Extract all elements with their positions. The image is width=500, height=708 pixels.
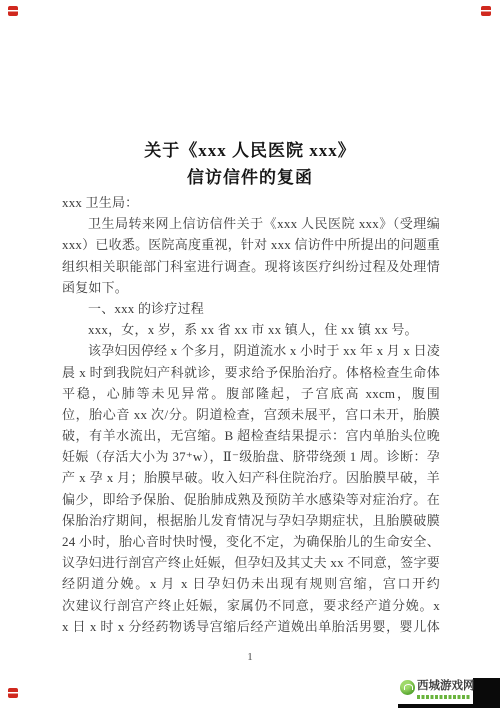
text-line: 24 小时，胎心音时快时慢，变化不定，为确保胎儿的生命安全、建 bbox=[62, 531, 440, 552]
site-watermark-card: 西城游戏网 bbox=[398, 678, 473, 704]
text-line: 次建议行剖宫产终止妊娠，家属仍不同意，要求经产道分娩。x 月 bbox=[62, 595, 440, 616]
site-watermark-badge: 西城游戏网 bbox=[398, 678, 500, 708]
text-line: 组织相关职能部门科室进行调查。现将该医疗纠纷过程及处理情况 bbox=[62, 256, 440, 277]
text-line: 议孕妇进行剖宫产终止妊娠，但孕妇及其丈夫 xx 不同意，签字要求 bbox=[62, 552, 440, 573]
corner-mark-top-left bbox=[8, 6, 18, 16]
text-line: 一、xxx 的诊疗过程 bbox=[62, 298, 440, 319]
document-title-line1: 关于《xxx 人民医院 xxx》 bbox=[0, 140, 500, 162]
text-line: 平稳，心肺等未见异常。腹部隆起，子宫底高 xxcm，腹围 xxcm，头 bbox=[62, 383, 440, 404]
text-line: xxx，女，x 岁，系 xx 省 xx 市 xx 镇人，住 xx 镇 xx 号。 bbox=[62, 319, 440, 340]
site-logo-icon bbox=[400, 680, 415, 695]
corner-mark-top-right bbox=[481, 6, 491, 16]
document-title-line2: 信访信件的复函 bbox=[0, 167, 500, 189]
text-line: xxx 卫生局： bbox=[62, 192, 440, 213]
text-line: 产 x 孕 x 月；胎膜早破。收入妇产科住院治疗。因胎膜早破，羊水 bbox=[62, 467, 440, 488]
document-body: xxx 卫生局：卫生局转来网上信访信件关于《xxx 人民医院 xxx》（受理编号… bbox=[62, 192, 440, 637]
text-line: 晨 x 时到我院妇产科就诊，要求给予保胎治疗。体格检查生命体征 bbox=[62, 362, 440, 383]
text-line: xxx）已收悉。医院高度重视，针对 xxx 信访件中所提出的问题重新 bbox=[62, 234, 440, 255]
site-tagline bbox=[417, 695, 471, 699]
text-line: 卫生局转来网上信访信件关于《xxx 人民医院 xxx》（受理编号： bbox=[62, 213, 440, 234]
text-line: 偏少，即给予保胎、促胎肺成熟及预防羊水感染等对症治疗。在其 bbox=[62, 489, 440, 510]
document-page: 关于《xxx 人民医院 xxx》 信访信件的复函 xxx 卫生局：卫生局转来网上… bbox=[0, 0, 500, 708]
site-watermark-text: 西城游戏网 bbox=[417, 680, 475, 699]
text-line: 保胎治疗期间，根据胎儿发育情况与孕妇孕期症状，且胎膜破膜超 bbox=[62, 510, 440, 531]
text-line: 妊娠（存活大小为 37⁺w），Ⅱ⁻级胎盘、脐带绕颈 1 周。诊断：孕 x bbox=[62, 446, 440, 467]
page-number: 1 bbox=[0, 651, 500, 663]
site-name: 西城游戏网 bbox=[417, 680, 475, 693]
text-line: 经阴道分娩。x 月 x 日孕妇仍未出现有规则宫缩，宫口开约 xcm，再 bbox=[62, 573, 440, 594]
text-line: 该孕妇因停经 x 个多月，阴道流水 x 小时于 xx 年 x 月 x 日凌 bbox=[62, 340, 440, 361]
corner-mark-bottom-left bbox=[8, 688, 18, 698]
text-line: 位，胎心音 xx 次/分。阴道检查，宫颈未展平，宫口未开，胎膜早 bbox=[62, 404, 440, 425]
text-line: 破，有羊水流出，无宫缩。B 超检查结果提示：宫内单胎头位晚期 bbox=[62, 425, 440, 446]
text-line: x 日 x 时 x 分经药物诱导宫缩后经产道娩出单胎活男婴，婴儿体重 bbox=[62, 616, 440, 637]
text-line: 函复如下。 bbox=[62, 277, 440, 298]
